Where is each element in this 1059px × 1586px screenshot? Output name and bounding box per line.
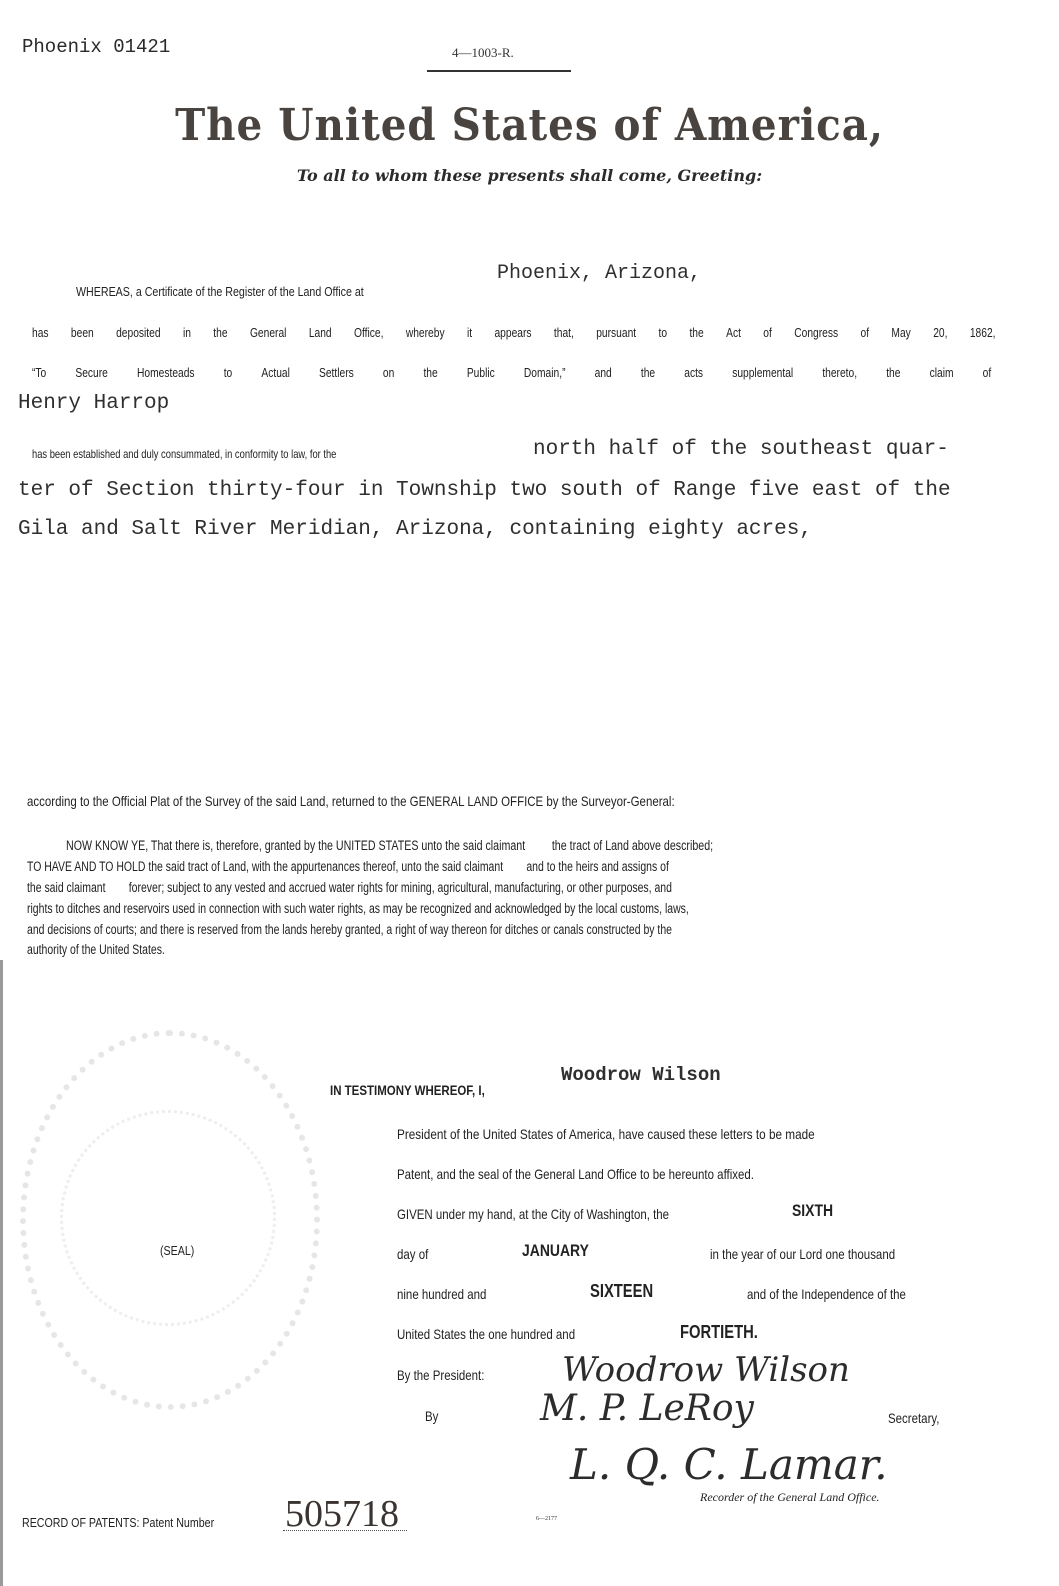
grant-line: authority of the United States.	[27, 942, 165, 957]
record-label: RECORD OF PATENTS: Patent Number	[22, 1515, 214, 1530]
word: deposited	[116, 326, 160, 340]
president-signature: Woodrow Wilson	[562, 1350, 850, 1390]
word: the	[689, 326, 703, 340]
word: it	[467, 326, 472, 340]
office-location: Phoenix, Arizona,	[497, 262, 701, 285]
word: to	[224, 366, 233, 380]
word: and	[595, 366, 612, 380]
whereas-lead: WHEREAS, a Certificate of the Register o…	[76, 284, 364, 299]
word: in	[183, 326, 191, 340]
word: pursuant	[596, 326, 636, 340]
whereas-line-2: hasbeendepositedintheGeneralLandOffice,w…	[32, 326, 996, 340]
year-value: SIXTEEN	[590, 1281, 653, 1302]
grant-line: the said claimant forever; subject to an…	[27, 880, 672, 895]
word: Land	[309, 326, 332, 340]
word: Homesteads	[137, 366, 195, 380]
word: whereby	[406, 326, 445, 340]
given-lead: GIVEN under my hand, at the City of Wash…	[397, 1206, 669, 1222]
president-name: Woodrow Wilson	[561, 1064, 721, 1086]
survey-text: according to the Official Plat of the Su…	[27, 793, 675, 809]
independence-lead: and of the Independence of the	[747, 1286, 906, 1302]
testimony-line-2: Patent, and the seal of the General Land…	[397, 1166, 754, 1182]
word: the	[641, 366, 655, 380]
grant-line: NOW KNOW YE, That there is, therefore, g…	[66, 838, 713, 853]
word: the	[213, 326, 227, 340]
word: appears	[494, 326, 531, 340]
independence-year-value: FORTIETH.	[680, 1322, 758, 1343]
word: Act	[726, 326, 741, 340]
word: Congress	[794, 326, 838, 340]
word: been	[71, 326, 94, 340]
word: on	[383, 366, 394, 380]
word: to	[659, 326, 668, 340]
recorder-label: Recorder of the General Land Office.	[700, 1490, 880, 1505]
consummated-lead: has been established and duly consummate…	[32, 447, 336, 461]
form-number: 6—2177	[536, 1516, 557, 1522]
word: acts	[684, 366, 703, 380]
word: claim	[930, 366, 954, 380]
claimant-name: Henry Harrop	[18, 392, 169, 415]
grant-line: TO HAVE AND TO HOLD the said tract of La…	[27, 859, 669, 874]
greeting: To all to whom these presents shall come…	[0, 166, 1059, 185]
day-value: SIXTH	[792, 1201, 833, 1221]
word: Secure	[75, 366, 107, 380]
word: supplemental	[732, 366, 793, 380]
word: thereto,	[822, 366, 857, 380]
by-president-label: By the President:	[397, 1367, 484, 1383]
word: Actual	[261, 366, 289, 380]
word: of	[763, 326, 772, 340]
grant-line: rights to ditches and reservoirs used in…	[27, 901, 689, 916]
land-description-3: Gila and Salt River Meridian, Arizona, c…	[18, 518, 812, 541]
land-description-2: ter of Section thirty-four in Township t…	[18, 479, 951, 502]
form-code: 4—1003-R.	[452, 45, 514, 61]
file-number: Phoenix 01421	[22, 36, 170, 58]
day-of-label: day of	[397, 1246, 428, 1262]
word: Domain,”	[524, 366, 566, 380]
testimony-line-1: President of the United States of Americ…	[397, 1126, 815, 1142]
seal-inner-ring	[60, 1110, 276, 1326]
testimony-lead: IN TESTIMONY WHEREOF, I,	[330, 1082, 485, 1098]
word: Settlers	[319, 366, 354, 380]
page-edge	[0, 960, 3, 1586]
word: General	[250, 326, 286, 340]
whereas-line-3: “ToSecureHomesteadstoActualSettlersonthe…	[32, 366, 991, 380]
us-lead: United States the one hundred and	[397, 1326, 575, 1342]
word: May	[891, 326, 910, 340]
seal-label: (SEAL)	[160, 1243, 194, 1258]
grant-line: and decisions of courts; and there is re…	[27, 922, 672, 937]
form-code-rule	[427, 70, 571, 72]
word: has	[32, 326, 49, 340]
secretary-signature: M. P. LeRoy	[540, 1388, 754, 1429]
word: 20,	[933, 326, 947, 340]
recorder-signature: L. Q. C. Lamar.	[570, 1440, 888, 1489]
word: the	[886, 366, 900, 380]
word: 1862,	[970, 326, 996, 340]
word: the	[423, 366, 437, 380]
land-description-1: north half of the southeast quar-	[533, 438, 949, 461]
word: of	[860, 326, 869, 340]
word: of	[983, 366, 992, 380]
nine-hundred-label: nine hundred and	[397, 1286, 486, 1302]
word: Public	[467, 366, 495, 380]
by-label: By	[425, 1408, 438, 1424]
word: “To	[32, 366, 46, 380]
word: Office,	[354, 326, 383, 340]
word: that,	[554, 326, 574, 340]
secretary-label: Secretary,	[888, 1410, 939, 1426]
month-value: JANUARY	[522, 1241, 589, 1261]
document-title: The United States of America,	[42, 100, 1016, 151]
patent-number: 505718	[285, 1492, 399, 1536]
year-lead: in the year of our Lord one thousand	[710, 1246, 895, 1262]
